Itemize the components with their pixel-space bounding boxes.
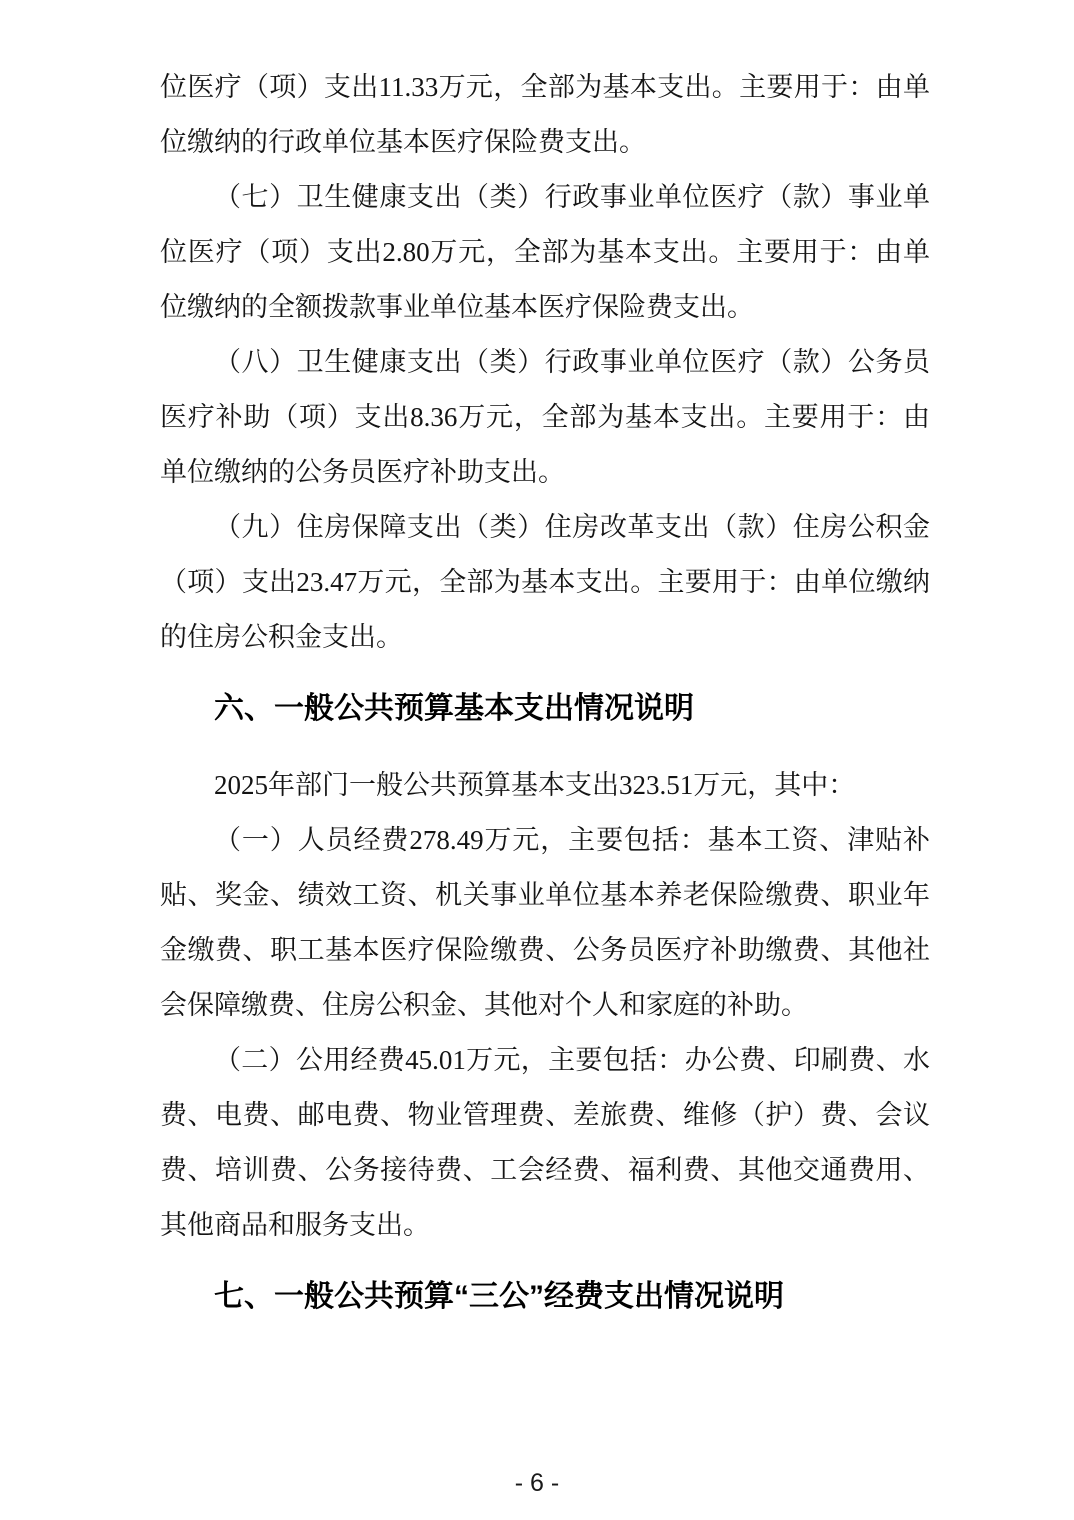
text-line: 费、电费、邮电费、物业管理费、差旅费、维修（护）费、会议 [160, 1088, 930, 1143]
paragraph: （一）人员经费278.49万元，主要包括：基本工资、津贴补贴、奖金、绩效工资、机… [160, 813, 930, 1033]
page-footer: - 6 - [0, 1468, 1074, 1498]
text-line: （项）支出23.47万元，全部为基本支出。主要用于：由单位缴纳 [160, 555, 930, 610]
text-line: （七）卫生健康支出（类）行政事业单位医疗（款）事业单 [160, 170, 930, 225]
paragraph: 位医疗（项）支出11.33万元，全部为基本支出。主要用于：由单位缴纳的行政单位基… [160, 60, 930, 170]
text-line: 会保障缴费、住房公积金、其他对个人和家庭的补助。 [160, 978, 930, 1033]
text-line: （一）人员经费278.49万元，主要包括：基本工资、津贴补 [160, 813, 930, 868]
paragraph: 2025年部门一般公共预算基本支出323.51万元，其中： [160, 758, 930, 813]
text-line: （二）公用经费45.01万元，主要包括：办公费、印刷费、水 [160, 1033, 930, 1088]
text-line: 位缴纳的全额拨款事业单位基本医疗保险费支出。 [160, 280, 930, 335]
paragraph: （二）公用经费45.01万元，主要包括：办公费、印刷费、水费、电费、邮电费、物业… [160, 1033, 930, 1253]
text-line: 其他商品和服务支出。 [160, 1198, 930, 1253]
document-page: 位医疗（项）支出11.33万元，全部为基本支出。主要用于：由单位缴纳的行政单位基… [0, 0, 1074, 1520]
paragraph: （八）卫生健康支出（类）行政事业单位医疗（款）公务员医疗补助（项）支出8.36万… [160, 335, 930, 500]
page-number: - 6 - [515, 1469, 559, 1497]
text-line: 单位缴纳的公务员医疗补助支出。 [160, 445, 930, 500]
text-line: 贴、奖金、绩效工资、机关事业单位基本养老保险缴费、职业年 [160, 868, 930, 923]
text-line: 医疗补助（项）支出8.36万元，全部为基本支出。主要用于：由 [160, 390, 930, 445]
section-heading: 六、一般公共预算基本支出情况说明 [160, 681, 930, 736]
text-line: 位医疗（项）支出11.33万元，全部为基本支出。主要用于：由单 [160, 60, 930, 115]
text-line: （八）卫生健康支出（类）行政事业单位医疗（款）公务员 [160, 335, 930, 390]
text-line: 费、培训费、公务接待费、工会经费、福利费、其他交通费用、 [160, 1143, 930, 1198]
text-line: 2025年部门一般公共预算基本支出323.51万元，其中： [160, 758, 930, 813]
section-heading: 七、一般公共预算“三公”经费支出情况说明 [160, 1269, 930, 1324]
heading-line: 六、一般公共预算基本支出情况说明 [160, 681, 930, 736]
text-line: 的住房公积金支出。 [160, 610, 930, 665]
text-line: 金缴费、职工基本医疗保险缴费、公务员医疗补助缴费、其他社 [160, 923, 930, 978]
paragraph: （九）住房保障支出（类）住房改革支出（款）住房公积金（项）支出23.47万元，全… [160, 500, 930, 665]
text-line: 位医疗（项）支出2.80万元，全部为基本支出。主要用于：由单 [160, 225, 930, 280]
document-body: 位医疗（项）支出11.33万元，全部为基本支出。主要用于：由单位缴纳的行政单位基… [160, 60, 930, 1346]
text-line: （九）住房保障支出（类）住房改革支出（款）住房公积金 [160, 500, 930, 555]
heading-line: 七、一般公共预算“三公”经费支出情况说明 [160, 1269, 930, 1324]
paragraph: （七）卫生健康支出（类）行政事业单位医疗（款）事业单位医疗（项）支出2.80万元… [160, 170, 930, 335]
text-line: 位缴纳的行政单位基本医疗保险费支出。 [160, 115, 930, 170]
